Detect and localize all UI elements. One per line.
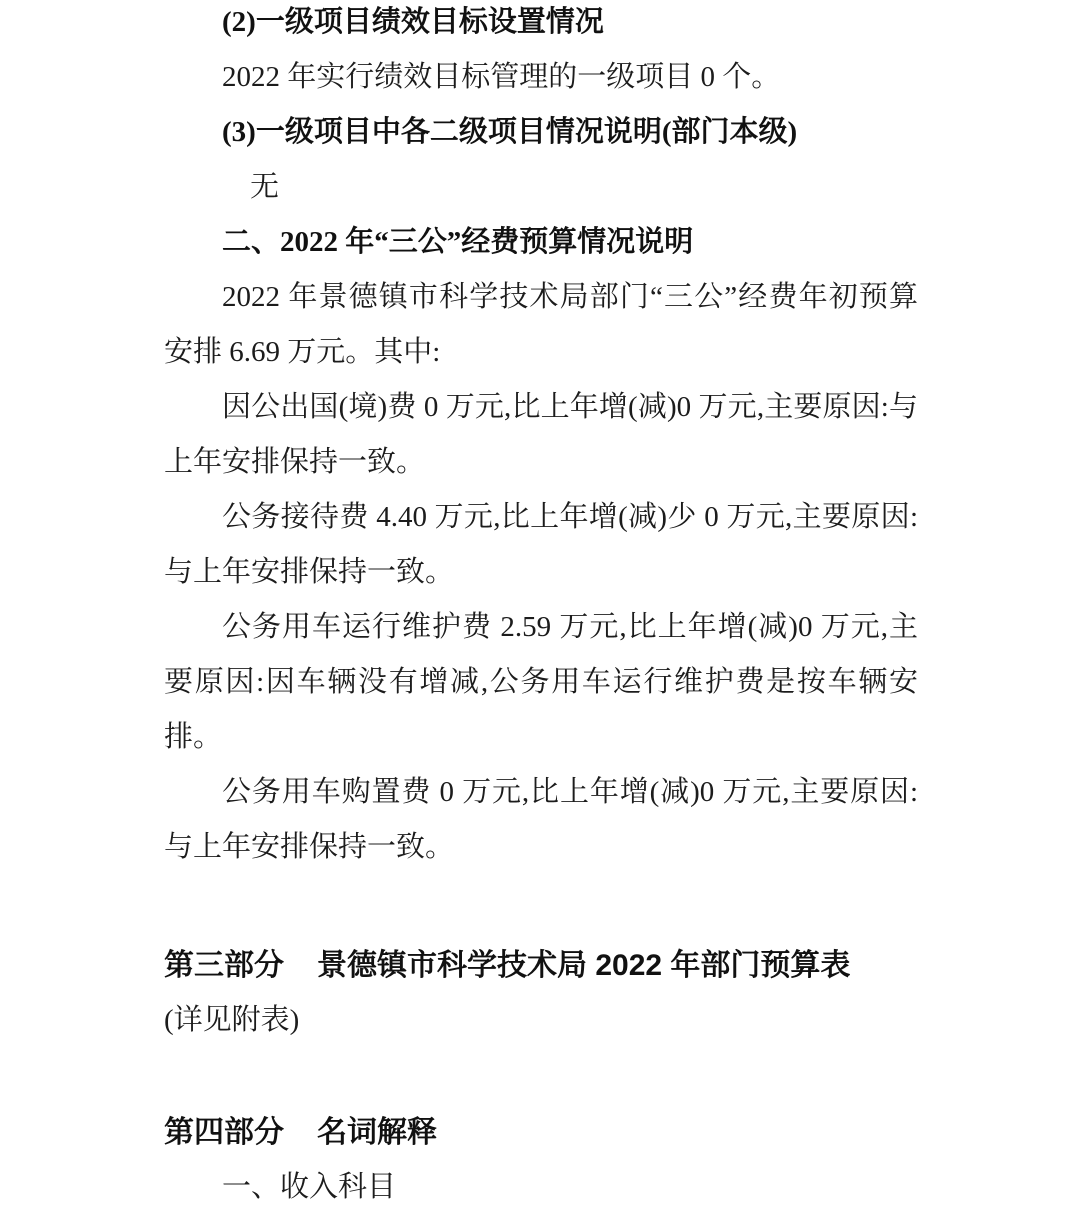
document-page: (2)一级项目绩效目标设置情况 2022 年实行绩效目标管理的一级项目 0 个。… [0,0,1074,1212]
subheading-second-level-projects: (3)一级项目中各二级项目情况说明(部门本级) [164,105,918,160]
blank-line [164,875,918,930]
para-none: 无 [164,160,918,215]
part3-label: 第三部分 [164,949,284,982]
para-official-reception-expense: 公务接待费 4.40 万元,比上年增(减)少 0 万元,主要原因:与上年安排保持… [164,490,918,600]
para-vehicle-purchase-expense: 公务用车购置费 0 万元,比上年增(减)0 万元,主要原因:与上年安排保持一致。 [164,765,918,875]
document-content: (2)一级项目绩效目标设置情况 2022 年实行绩效目标管理的一级项目 0 个。… [164,0,918,1212]
blank-line [164,1048,918,1103]
part4-heading: 第四部分名词解释 [164,1105,918,1160]
subheading-first-level-performance-targets: (2)一级项目绩效目标设置情况 [164,0,918,50]
part3-title: 景德镇市科学技术局 2022 年部门预算表 [317,949,850,982]
heading-three-public-funds-budget: 二、2022 年“三公”经费预算情况说明 [164,215,918,270]
para-three-public-funds-overview: 2022 年景德镇市科学技术局部门“三公”经费年初预算安排 6.69 万元。其中… [164,270,918,380]
para-see-attached-tables: (详见附表) [164,993,918,1048]
part4-label: 第四部分 [164,1116,284,1149]
part3-heading: 第三部分景德镇市科学技术局 2022 年部门预算表 [164,938,918,993]
para-overseas-travel-expense: 因公出国(境)费 0 万元,比上年增(减)0 万元,主要原因:与上年安排保持一致… [164,380,918,490]
part4-title: 名词解释 [317,1116,437,1149]
para-vehicle-maintenance-expense: 公务用车运行维护费 2.59 万元,比上年增(减)0 万元,主要原因:因车辆没有… [164,600,918,765]
para-income-subjects: 一、收入科目 [164,1160,918,1212]
para-performance-target-count: 2022 年实行绩效目标管理的一级项目 0 个。 [164,50,918,105]
